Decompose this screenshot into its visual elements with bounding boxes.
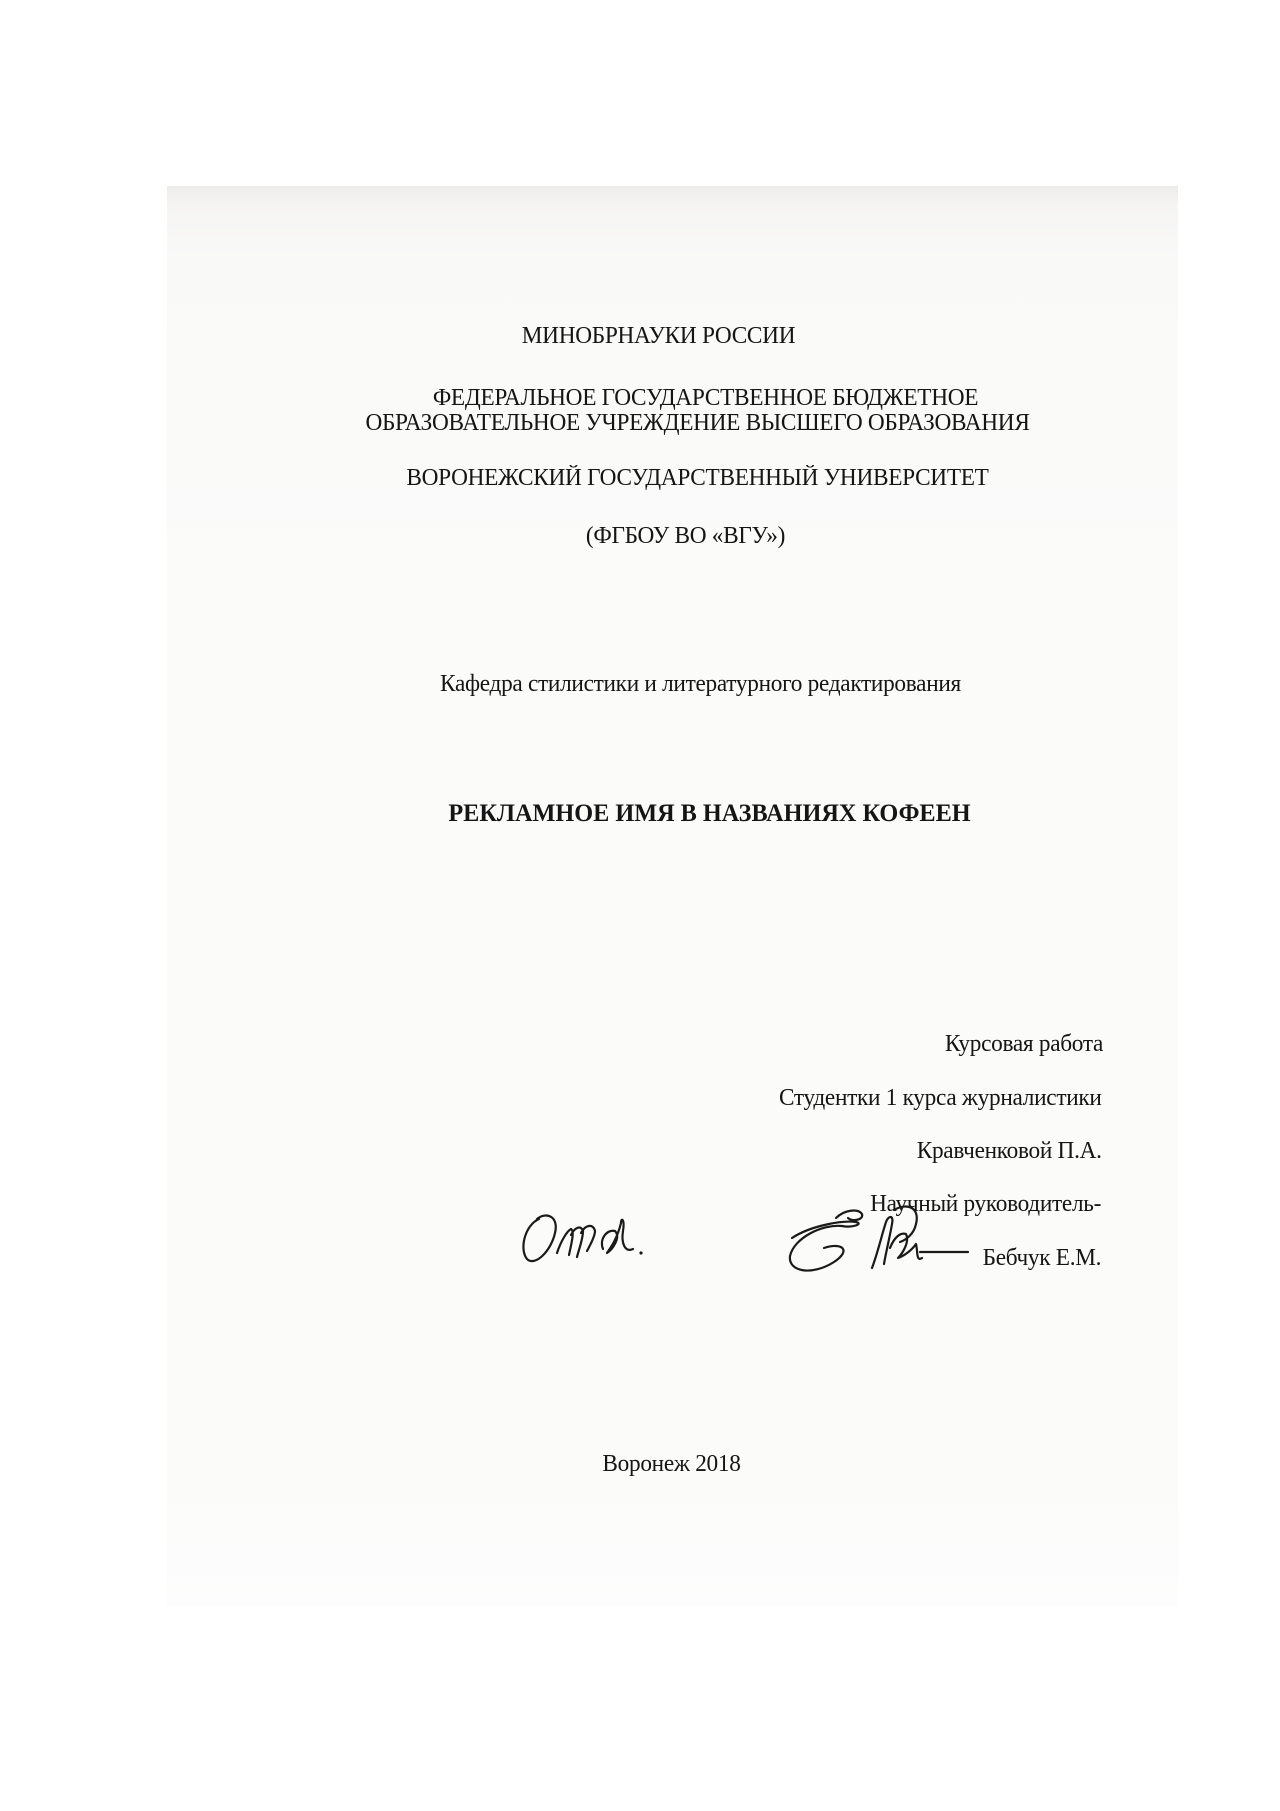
scanned-page: МИНОБРНАУКИ РОССИИ ФЕДЕРАЛЬНОЕ ГОСУДАРСТ… <box>167 186 1178 1607</box>
work-type: Курсовая работа <box>945 1030 1103 1058</box>
signature-ink-icon <box>782 1198 972 1280</box>
document-title: РЕКЛАМНОЕ ИМЯ В НАЗВАНИЯХ КОФЕЕН <box>219 800 1200 828</box>
university-name: ВОРОНЕЖСКИЙ ГОСУДАРСТВЕННЫЙ УНИВЕРСИТЕТ <box>207 464 1188 492</box>
city-year: Воронеж 2018 <box>181 1450 1162 1478</box>
university-abbreviation: (ФГБОУ ВО «ВГУ») <box>195 522 1176 550</box>
student-description: Студентки 1 курса журналистики <box>779 1084 1102 1112</box>
institution-line-2: ОБРАЗОВАТЕЛЬНОЕ УЧРЕЖДЕНИЕ ВЫСШЕГО ОБРАЗ… <box>207 409 1188 437</box>
supervisor-signature <box>782 1198 972 1280</box>
supervisor-name: Бебчук Е.М. <box>982 1244 1101 1272</box>
institution-line-1: ФЕДЕРАЛЬНОЕ ГОСУДАРСТВЕННОЕ БЮДЖЕТНОЕ <box>215 384 1196 412</box>
ministry-heading: МИНОБРНАУКИ РОССИИ <box>168 322 1149 350</box>
handwritten-grade <box>517 1201 647 1271</box>
department-name: Кафедра стилистики и литературного редак… <box>210 670 1191 698</box>
grade-ink-icon <box>517 1201 647 1271</box>
student-name: Кравченковой П.А. <box>917 1137 1102 1165</box>
